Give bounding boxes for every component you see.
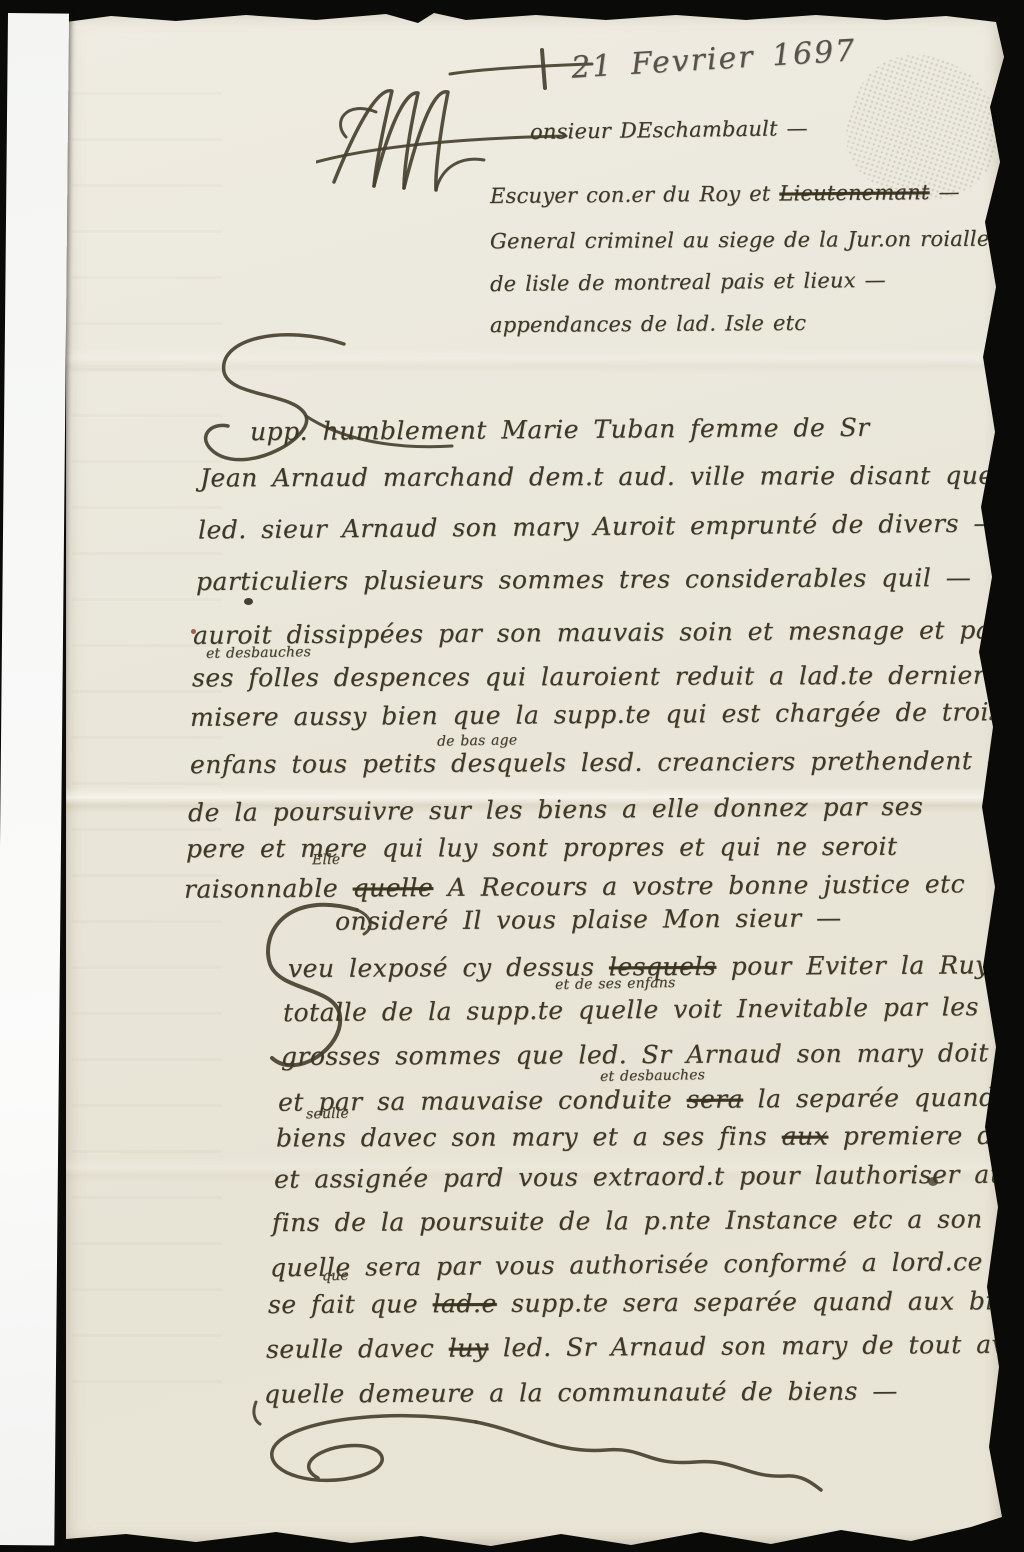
conclusion-line: quelle sera par vous authorisée conformé… [270, 1247, 1023, 1283]
conclusion-line: grosses sommes que led. Sr Arnaud son ma… [281, 1038, 1024, 1071]
fold-line [66, 348, 1006, 374]
address-line: onsieur DEschambault — [530, 116, 808, 144]
struck-word: sera [687, 1084, 744, 1113]
interlinear-insertion: et desbauches [206, 644, 311, 662]
paraph-flourish [226, 1394, 826, 1514]
interlinear-insertion: seulle [306, 1106, 349, 1123]
petition-line: particuliers plusieurs sommes tres consi… [196, 563, 971, 596]
conclusion-line: et assignée pard vous extraord.t pour la… [274, 1159, 1024, 1193]
photo-canvas: { "document": { "kind": "17th-century Fr… [0, 0, 1024, 1552]
date-annotation: 21 Fevrier 1697 [570, 33, 857, 85]
conclusion-line: et par sa mauvaise conduite sera la sepa… [278, 1082, 1024, 1116]
interlinear-insertion: Elle [312, 852, 341, 868]
interlinear-insertion: et desbauches [600, 1067, 705, 1085]
struck-word: aux [782, 1122, 829, 1151]
petition-line: Jean Arnaud marchand dem.t aud. ville ma… [200, 461, 1024, 493]
conclusion-line: quelle demeure a la communauté de biens … [264, 1376, 898, 1408]
interlinear-insertion: et de ses enfans [555, 975, 676, 993]
petition-line: misere aussy bien que la supp.te qui est… [190, 697, 1002, 732]
conclusion-line: fins de la poursuite de la p.nte Instanc… [272, 1204, 1024, 1237]
conclusion-line: totalle de la supp.te quelle voit Inevit… [283, 992, 1019, 1027]
ink-blot [244, 598, 253, 605]
address-line: de lisle de montreal pais et lieux — [490, 268, 886, 296]
petition-line: led. sieur Arnaud son mary Auroit emprun… [198, 509, 999, 545]
address-line: appendances de lad. Isle etc [490, 311, 806, 337]
petition-line: pere et mere qui luy sont propres et qui… [186, 832, 898, 863]
petition-line: ses folles despences qui lauroient redui… [192, 661, 1001, 693]
conclusion-line: se fait que lad.e supp.te sera separée q… [268, 1286, 1024, 1319]
petition-line: de la poursuivre sur les biens a elle do… [188, 792, 924, 827]
conclusion-line: seulle davec luy led. Sr Arnaud son mary… [266, 1329, 1024, 1364]
petition-line: upp. humblement Marie Tuban femme de Sr [250, 413, 870, 446]
struck-word: luy [449, 1333, 489, 1362]
struck-word: lad.e [433, 1289, 497, 1318]
struck-word: Lieutenemant [779, 180, 929, 205]
manuscript-page: 21 Fevrier 1697 onsieur DEschambault — E… [66, 12, 1006, 1548]
reference-strip [0, 13, 69, 1546]
petition-line: enfans tous petits desquels lesd. creanc… [190, 746, 1012, 779]
struck-word: quelle [352, 873, 433, 903]
petition-line: raisonnable quelle A Recours a vostre bo… [184, 869, 965, 903]
interlinear-insertion: que [322, 1268, 349, 1284]
conclusion-line: onsideré Il vous plaise Mon sieur — [335, 903, 842, 936]
conclusion-line: biens davec son mary et a ses fins aux p… [276, 1121, 1024, 1153]
interlinear-insertion: de bas age [437, 732, 518, 749]
petition-line: auroit dissippées par son mauvais soin e… [193, 615, 1004, 650]
address-line: Escuyer con.er du Roy et Lieutenemant — [490, 180, 960, 208]
address-line: General criminel au siege de la Jur.on r… [490, 227, 990, 254]
